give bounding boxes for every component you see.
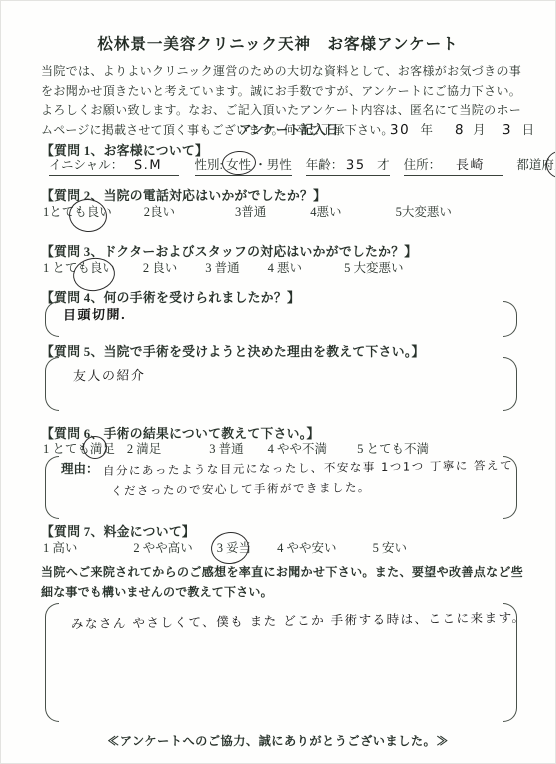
gender-label: 性別:	[195, 158, 223, 172]
q6-reason-line1: 自分にあったような目元になったし、不安な事 1つ1つ 丁寧に 答えて	[103, 457, 513, 479]
q7-option-1: 1 高い	[43, 538, 77, 556]
q6-reason-line2: くださったので安心して手術ができました。	[111, 479, 371, 499]
date-month-unit: 月	[473, 120, 486, 138]
q6-options-row: 1 とても満足 2 満足 3 普通 4 やや不満 5 とても不満	[43, 439, 429, 457]
bracket-left-icon	[45, 357, 59, 411]
q3-option-1: 1 とても良い	[43, 261, 115, 275]
q5-answer: 友人の紹介	[73, 364, 146, 384]
bracket-right-icon	[503, 301, 517, 337]
page-title: 松林景一美容クリニック天神 お客様アンケート	[1, 32, 555, 54]
age-label: 年齢：	[306, 158, 344, 172]
bracket-left-icon	[45, 301, 59, 337]
q2-option-2: 2良い	[144, 202, 175, 220]
initial-label: イニシャル：	[49, 158, 123, 172]
age-unit: 才	[377, 158, 390, 172]
date-year-value: 30	[390, 122, 411, 138]
comments-answer: みなさん やさしくて、僕も また どこか 手術する時は、ここに来ます。	[71, 608, 526, 632]
q5-answer-box: 友人の紹介	[45, 357, 517, 411]
q2-option-3: 3普通	[235, 202, 266, 220]
gender-option-male: ・男性	[254, 158, 292, 172]
q3-options-row: 1 とても良い 2 良い 3 普通 4 悪い 5 大変悪い	[43, 258, 403, 276]
q6-reason-label: 理由：	[61, 459, 99, 477]
q7-option-4: 4 やや安い	[277, 538, 336, 556]
q1-gender-group: 性別: 女性 ・男性	[195, 155, 292, 176]
q4-answer: 目頭切開．	[63, 303, 136, 323]
q2-options-row: 1とても良い 2良い 3普通 4悪い 5大変悪い	[43, 202, 452, 220]
bracket-left-icon	[45, 603, 59, 722]
q6-option-3: 3 普通	[209, 439, 243, 457]
comments-box: みなさん やさしくて、僕も また どこか 手術する時は、ここに来ます。	[45, 603, 517, 722]
survey-date-row: アンケート記入日 30 年 8 月 3 日	[239, 120, 534, 138]
q6-option-2: 2 満足	[127, 439, 161, 457]
q7-option-5: 5 安い	[373, 538, 407, 556]
bracket-left-icon	[45, 456, 59, 519]
gender-option-female: 女性	[226, 158, 251, 172]
q1-address-group: 住所： 長崎 都道府県	[404, 154, 556, 176]
date-label: アンケート記入日	[239, 120, 338, 138]
q7-option-3: 3 妥当	[217, 541, 251, 555]
prefecture-label: 都道府県	[516, 158, 556, 172]
comments-prompt: 当院へご来院されてからのご感想を率直にお聞かせ下さい。また、要望や改善点など些細…	[41, 563, 523, 602]
q3-option-2: 2 良い	[143, 258, 177, 276]
age-value: 35	[346, 158, 366, 173]
q1-age-group: 年齢： 35 才	[306, 155, 390, 176]
date-day-value: 3	[501, 122, 511, 138]
date-day-unit: 日	[522, 120, 535, 138]
q6-option-4: 4 やや不満	[268, 439, 327, 457]
q3-option-4: 4 悪い	[268, 258, 302, 276]
address-label: 住所：	[404, 158, 442, 172]
initial-value: S.M	[134, 158, 162, 173]
q6-option-5: 5 とても不満	[357, 439, 429, 457]
q6-option-1: 1 とても満足	[43, 442, 115, 456]
q3-option-5: 5 大変悪い	[344, 258, 403, 276]
q6-reason-box: 理由： 自分にあったような目元になったし、不安な事 1つ1つ 丁寧に 答えて く…	[45, 456, 517, 519]
q4-answer-box: 目頭切開．	[45, 301, 517, 337]
q7-options-row: 1 高い 2 やや高い 3 妥当 4 やや安い 5 安い	[43, 538, 407, 556]
date-year-unit: 年	[420, 120, 433, 138]
date-month-value: 8	[455, 122, 465, 138]
q1-initial-group: イニシャル： S.M	[49, 155, 179, 176]
q3-option-3: 3 普通	[205, 258, 239, 276]
bracket-right-icon	[503, 357, 517, 411]
q7-option-2: 2 やや高い	[133, 538, 192, 556]
q2-option-4: 4悪い	[310, 202, 341, 220]
address-value: 長崎	[456, 154, 485, 173]
q1-answer-row: イニシャル： S.M 性別: 女性 ・男性 年齢： 35 才 住所： 長崎 都道…	[49, 154, 556, 176]
q2-option-5: 5大変悪い	[396, 202, 452, 220]
survey-sheet: 松林景一美容クリニック天神 お客様アンケート 当院では、よりよいクリニック運営の…	[0, 0, 556, 764]
footer-thanks: ≪アンケートへのご協力、誠にありがとうございました。≫	[1, 732, 555, 749]
q2-option-1: 1とても良い	[43, 205, 112, 219]
